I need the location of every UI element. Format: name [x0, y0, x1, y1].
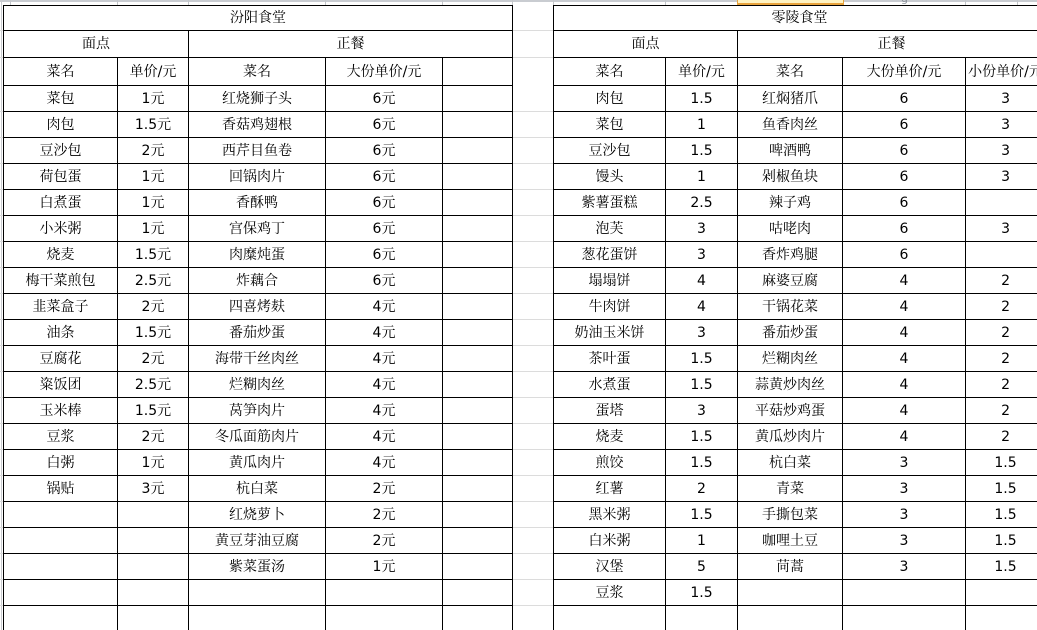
empty-cell[interactable] [966, 606, 1037, 630]
price-cell[interactable]: 2元 [118, 424, 189, 450]
dish-name-cell[interactable]: 四喜烤麸 [189, 294, 326, 320]
dish-name-cell[interactable]: 葱花蛋饼 [554, 242, 666, 268]
dish-name-cell[interactable]: 烧麦 [4, 242, 118, 268]
price-cell[interactable]: 3 [666, 216, 738, 242]
price-cell[interactable]: 1元 [118, 450, 189, 476]
column-header-cell[interactable]: 小份单价/元 [966, 58, 1037, 86]
empty-cell[interactable] [4, 606, 118, 630]
dish-name-cell[interactable]: 蛋塔 [554, 398, 666, 424]
empty-cell[interactable] [443, 528, 513, 554]
price-cell[interactable]: 1元 [118, 190, 189, 216]
slash-cell[interactable] [966, 242, 1037, 268]
empty-cell[interactable] [443, 450, 513, 476]
price-cell[interactable]: 1.5 [666, 424, 738, 450]
column-header-cell[interactable]: 菜名 [4, 58, 118, 86]
empty-cell[interactable] [738, 580, 843, 606]
price-cell[interactable]: 4元 [326, 424, 443, 450]
dish-name-cell[interactable]: 香炸鸡腿 [738, 242, 843, 268]
price-cell[interactable]: 3 [966, 112, 1037, 138]
dish-name-cell[interactable]: 苘蒿 [738, 554, 843, 580]
dish-name-cell[interactable]: 白煮蛋 [4, 190, 118, 216]
dish-name-cell[interactable]: 紫薯蛋糕 [554, 190, 666, 216]
price-cell[interactable]: 3 [966, 138, 1037, 164]
empty-cell[interactable] [326, 606, 443, 630]
empty-cell[interactable] [554, 606, 666, 630]
dish-name-cell[interactable]: 水煮蛋 [554, 372, 666, 398]
dish-name-cell[interactable]: 梅干菜煎包 [4, 268, 118, 294]
empty-cell[interactable] [738, 606, 843, 630]
empty-cell[interactable] [966, 580, 1037, 606]
dish-name-cell[interactable]: 番茄炒蛋 [189, 320, 326, 346]
section-header-pastry[interactable]: 面点 [4, 31, 189, 58]
dish-name-cell[interactable]: 菜包 [4, 86, 118, 112]
price-cell[interactable]: 6 [843, 242, 966, 268]
dish-name-cell[interactable]: 红焖猪爪 [738, 86, 843, 112]
empty-cell[interactable] [118, 528, 189, 554]
empty-cell[interactable] [443, 372, 513, 398]
empty-cell[interactable] [443, 346, 513, 372]
empty-cell[interactable] [443, 216, 513, 242]
dish-name-cell[interactable]: 黄瓜炒肉片 [738, 424, 843, 450]
slash-cell[interactable] [966, 190, 1037, 216]
dish-name-cell[interactable]: 咖哩土豆 [738, 528, 843, 554]
price-cell[interactable]: 6 [843, 138, 966, 164]
price-cell[interactable]: 6元 [326, 138, 443, 164]
price-cell[interactable]: 1元 [118, 216, 189, 242]
dish-name-cell[interactable]: 煎饺 [554, 450, 666, 476]
empty-cell[interactable] [443, 86, 513, 112]
price-cell[interactable]: 1.5元 [118, 320, 189, 346]
price-cell[interactable]: 1.5元 [118, 398, 189, 424]
price-cell[interactable]: 3 [966, 86, 1037, 112]
price-cell[interactable]: 2元 [326, 502, 443, 528]
empty-cell[interactable] [843, 580, 966, 606]
price-cell[interactable]: 3 [843, 450, 966, 476]
dish-name-cell[interactable]: 白粥 [4, 450, 118, 476]
dish-name-cell[interactable]: 奶油玉米饼 [554, 320, 666, 346]
price-cell[interactable]: 4元 [326, 294, 443, 320]
dish-name-cell[interactable]: 馒头 [554, 164, 666, 190]
dish-name-cell[interactable]: 咕咾肉 [738, 216, 843, 242]
dish-name-cell[interactable]: 紫菜蛋汤 [189, 554, 326, 580]
price-cell[interactable]: 2 [966, 294, 1037, 320]
price-cell[interactable]: 6元 [326, 190, 443, 216]
dish-name-cell[interactable]: 青菜 [738, 476, 843, 502]
price-cell[interactable]: 2元 [326, 476, 443, 502]
dish-name-cell[interactable]: 香菇鸡翅根 [189, 112, 326, 138]
empty-cell[interactable] [4, 502, 118, 528]
price-cell[interactable]: 3 [843, 476, 966, 502]
price-cell[interactable]: 2元 [118, 346, 189, 372]
dish-name-cell[interactable]: 茶叶蛋 [554, 346, 666, 372]
price-cell[interactable]: 2 [966, 320, 1037, 346]
dish-name-cell[interactable]: 麻婆豆腐 [738, 268, 843, 294]
empty-cell[interactable] [326, 580, 443, 606]
price-cell[interactable]: 4元 [326, 450, 443, 476]
empty-cell[interactable] [118, 580, 189, 606]
price-cell[interactable]: 4元 [326, 346, 443, 372]
column-header-cell[interactable]: 菜名 [189, 58, 326, 86]
empty-cell[interactable] [443, 138, 513, 164]
empty-cell[interactable] [189, 606, 326, 630]
dish-name-cell[interactable]: 荷包蛋 [4, 164, 118, 190]
column-header-cell[interactable]: 单价/元 [118, 58, 189, 86]
dish-name-cell[interactable]: 豆浆 [4, 424, 118, 450]
price-cell[interactable]: 4 [843, 268, 966, 294]
price-cell[interactable]: 3元 [118, 476, 189, 502]
price-cell[interactable]: 1.5 [666, 450, 738, 476]
price-cell[interactable]: 4 [843, 398, 966, 424]
price-cell[interactable]: 1.5元 [118, 242, 189, 268]
column-header-cell[interactable]: 菜名 [738, 58, 843, 86]
dish-name-cell[interactable]: 烂糊肉丝 [738, 346, 843, 372]
price-cell[interactable]: 3 [966, 164, 1037, 190]
dish-name-cell[interactable]: 回锅肉片 [189, 164, 326, 190]
price-cell[interactable]: 1.5 [666, 138, 738, 164]
dish-name-cell[interactable]: 番茄炒蛋 [738, 320, 843, 346]
price-cell[interactable]: 1.5 [966, 450, 1037, 476]
empty-cell[interactable] [443, 606, 513, 630]
price-cell[interactable]: 4元 [326, 398, 443, 424]
price-cell[interactable]: 4 [666, 268, 738, 294]
price-cell[interactable]: 4元 [326, 372, 443, 398]
price-cell[interactable]: 2 [966, 372, 1037, 398]
price-cell[interactable]: 1.5 [666, 580, 738, 606]
price-cell[interactable]: 6 [843, 190, 966, 216]
price-cell[interactable]: 1元 [118, 164, 189, 190]
price-cell[interactable]: 2 [666, 476, 738, 502]
dish-name-cell[interactable]: 手撕包菜 [738, 502, 843, 528]
price-cell[interactable]: 1元 [326, 554, 443, 580]
empty-cell[interactable] [443, 502, 513, 528]
empty-cell[interactable] [443, 268, 513, 294]
dish-name-cell[interactable]: 黄豆芽油豆腐 [189, 528, 326, 554]
price-cell[interactable]: 1 [666, 164, 738, 190]
dish-name-cell[interactable]: 肉糜炖蛋 [189, 242, 326, 268]
dish-name-cell[interactable]: 牛肉饼 [554, 294, 666, 320]
empty-cell[interactable] [443, 294, 513, 320]
canteen-title[interactable]: 零陵食堂 [554, 6, 1037, 31]
price-cell[interactable]: 3 [966, 216, 1037, 242]
dish-name-cell[interactable]: 啤酒鸭 [738, 138, 843, 164]
price-cell[interactable]: 4元 [326, 320, 443, 346]
price-cell[interactable]: 6元 [326, 112, 443, 138]
price-cell[interactable]: 1.5 [666, 86, 738, 112]
price-cell[interactable]: 6 [843, 164, 966, 190]
canteen-table-left: 汾阳食堂面点正餐菜名单价/元菜名大份单价/元菜包1元红烧狮子头6元肉包1.5元香… [3, 5, 513, 630]
dish-name-cell[interactable]: 红烧萝卜 [189, 502, 326, 528]
price-cell[interactable]: 1.5 [666, 502, 738, 528]
price-cell[interactable]: 4 [843, 294, 966, 320]
dish-name-cell[interactable]: 韭菜盒子 [4, 294, 118, 320]
sheet-column-gridline [1, 0, 2, 630]
empty-cell[interactable] [4, 554, 118, 580]
dish-name-cell[interactable]: 辣子鸡 [738, 190, 843, 216]
price-cell[interactable]: 2元 [118, 294, 189, 320]
empty-cell[interactable] [118, 606, 189, 630]
dish-name-cell[interactable]: 豆腐花 [4, 346, 118, 372]
empty-cell[interactable] [4, 580, 118, 606]
price-cell[interactable]: 6元 [326, 216, 443, 242]
price-cell[interactable]: 6元 [326, 86, 443, 112]
empty-cell[interactable] [443, 164, 513, 190]
dish-name-cell[interactable]: 豆浆 [554, 580, 666, 606]
dish-name-cell[interactable]: 泡芙 [554, 216, 666, 242]
price-cell[interactable]: 2元 [118, 138, 189, 164]
empty-cell[interactable] [443, 424, 513, 450]
dish-name-cell[interactable]: 锅贴 [4, 476, 118, 502]
dish-name-cell[interactable]: 剁椒鱼块 [738, 164, 843, 190]
dish-name-cell[interactable]: 杭白菜 [189, 476, 326, 502]
price-cell[interactable]: 2元 [326, 528, 443, 554]
empty-cell[interactable] [443, 320, 513, 346]
dish-name-cell[interactable]: 杭白菜 [738, 450, 843, 476]
price-cell[interactable]: 3 [843, 528, 966, 554]
section-header-main[interactable]: 正餐 [189, 31, 513, 58]
price-cell[interactable]: 6元 [326, 164, 443, 190]
price-cell[interactable]: 2 [966, 346, 1037, 372]
dish-name-cell[interactable]: 油条 [4, 320, 118, 346]
section-header-pastry[interactable]: 面点 [554, 31, 738, 58]
empty-cell[interactable] [118, 502, 189, 528]
empty-cell[interactable] [443, 398, 513, 424]
empty-cell[interactable] [118, 554, 189, 580]
price-cell[interactable]: 2 [966, 268, 1037, 294]
dish-name-cell[interactable]: 小米粥 [4, 216, 118, 242]
empty-cell[interactable] [443, 554, 513, 580]
price-cell[interactable]: 3 [843, 502, 966, 528]
dish-name-cell[interactable]: 香酥鸭 [189, 190, 326, 216]
price-cell[interactable]: 6 [843, 216, 966, 242]
dish-name-cell[interactable]: 冬瓜面筋肉片 [189, 424, 326, 450]
dish-name-cell[interactable]: 宫保鸡丁 [189, 216, 326, 242]
price-cell[interactable]: 2.5元 [118, 268, 189, 294]
price-cell[interactable]: 3 [666, 242, 738, 268]
price-cell[interactable]: 6 [843, 112, 966, 138]
empty-cell[interactable] [443, 190, 513, 216]
empty-cell[interactable] [843, 606, 966, 630]
dish-name-cell[interactable]: 西芹目鱼卷 [189, 138, 326, 164]
price-cell[interactable]: 2.5元 [118, 372, 189, 398]
price-cell[interactable]: 5 [666, 554, 738, 580]
price-cell[interactable]: 1 [666, 112, 738, 138]
dish-name-cell[interactable]: 豆沙包 [554, 138, 666, 164]
dish-name-cell[interactable]: 豆沙包 [4, 138, 118, 164]
empty-cell[interactable] [443, 242, 513, 268]
empty-cell[interactable] [189, 580, 326, 606]
column-header-cell[interactable]: 大份单价/元 [843, 58, 966, 86]
dish-name-cell[interactable]: 蒜黄炒肉丝 [738, 372, 843, 398]
price-cell[interactable]: 2 [966, 398, 1037, 424]
dish-name-cell[interactable]: 菜包 [554, 112, 666, 138]
price-cell[interactable]: 4 [843, 346, 966, 372]
price-cell[interactable]: 6元 [326, 268, 443, 294]
empty-header-cell[interactable] [443, 58, 513, 86]
dish-name-cell[interactable]: 塌塌饼 [554, 268, 666, 294]
dish-name-cell[interactable]: 海带干丝肉丝 [189, 346, 326, 372]
canteen-title[interactable]: 汾阳食堂 [4, 6, 513, 31]
price-cell[interactable]: 1.5元 [118, 112, 189, 138]
dish-name-cell[interactable]: 白米粥 [554, 528, 666, 554]
price-cell[interactable]: 1.5 [966, 554, 1037, 580]
empty-cell[interactable] [4, 528, 118, 554]
price-cell[interactable]: 1 [666, 528, 738, 554]
price-cell[interactable]: 6 [843, 86, 966, 112]
column-header-cell[interactable]: 单价/元 [666, 58, 738, 86]
price-cell[interactable]: 4 [843, 424, 966, 450]
price-cell[interactable]: 1元 [118, 86, 189, 112]
dish-name-cell[interactable]: 黄瓜肉片 [189, 450, 326, 476]
empty-cell[interactable] [443, 476, 513, 502]
empty-cell[interactable] [666, 606, 738, 630]
dish-name-cell[interactable]: 肉包 [554, 86, 666, 112]
dish-name-cell[interactable]: 炸藕合 [189, 268, 326, 294]
dish-name-cell[interactable]: 莴笋肉片 [189, 398, 326, 424]
dish-name-cell[interactable]: 平菇炒鸡蛋 [738, 398, 843, 424]
price-cell[interactable]: 4 [843, 320, 966, 346]
clipped-text-fragment: g [901, 0, 908, 4]
price-cell[interactable]: 1.5 [966, 528, 1037, 554]
price-cell[interactable]: 1.5 [966, 476, 1037, 502]
canteen-table-right: 零陵食堂面点正餐菜名单价/元菜名大份单价/元小份单价/元肉包1.5红焖猪爪63菜… [553, 5, 1037, 630]
price-cell[interactable]: 2 [966, 424, 1037, 450]
column-header-cell[interactable]: 大份单价/元 [326, 58, 443, 86]
spreadsheet-canvas: g 汾阳食堂面点正餐菜名单价/元菜名大份单价/元菜包1元红烧狮子头6元肉包1.5… [0, 0, 1037, 630]
dish-name-cell[interactable]: 干锅花菜 [738, 294, 843, 320]
dish-name-cell[interactable]: 汉堡 [554, 554, 666, 580]
dish-name-cell[interactable]: 烂糊肉丝 [189, 372, 326, 398]
price-cell[interactable]: 6元 [326, 242, 443, 268]
dish-name-cell[interactable]: 玉米棒 [4, 398, 118, 424]
section-header-main[interactable]: 正餐 [738, 31, 1037, 58]
empty-cell[interactable] [443, 112, 513, 138]
column-header-cell[interactable]: 菜名 [554, 58, 666, 86]
price-cell[interactable]: 4 [843, 372, 966, 398]
empty-cell[interactable] [443, 580, 513, 606]
dish-name-cell[interactable]: 烧麦 [554, 424, 666, 450]
dish-name-cell[interactable]: 红薯 [554, 476, 666, 502]
price-cell[interactable]: 4 [666, 294, 738, 320]
dish-name-cell[interactable]: 肉包 [4, 112, 118, 138]
price-cell[interactable]: 1.5 [666, 346, 738, 372]
price-cell[interactable]: 2.5 [666, 190, 738, 216]
price-cell[interactable]: 3 [666, 320, 738, 346]
price-cell[interactable]: 1.5 [666, 372, 738, 398]
dish-name-cell[interactable]: 粢饭团 [4, 372, 118, 398]
dish-name-cell[interactable]: 黑米粥 [554, 502, 666, 528]
price-cell[interactable]: 1.5 [966, 502, 1037, 528]
price-cell[interactable]: 3 [843, 554, 966, 580]
dish-name-cell[interactable]: 红烧狮子头 [189, 86, 326, 112]
price-cell[interactable]: 3 [666, 398, 738, 424]
dish-name-cell[interactable]: 鱼香肉丝 [738, 112, 843, 138]
